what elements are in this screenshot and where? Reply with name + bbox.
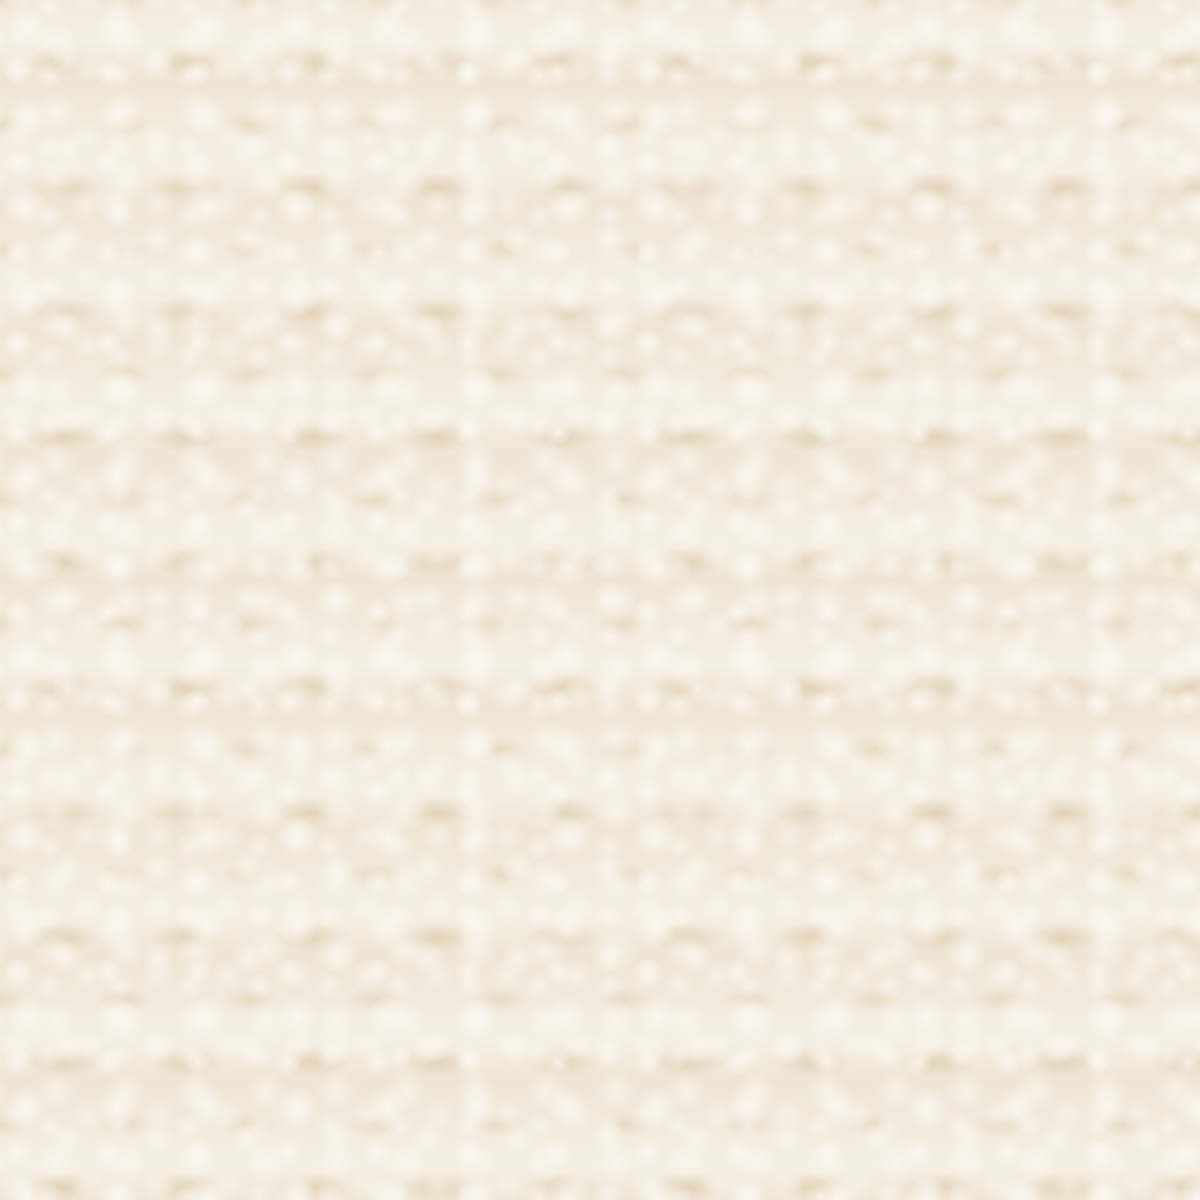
texture-tufts-offset: [0, 0, 1200, 1200]
shearling-texture: [0, 0, 1200, 1200]
